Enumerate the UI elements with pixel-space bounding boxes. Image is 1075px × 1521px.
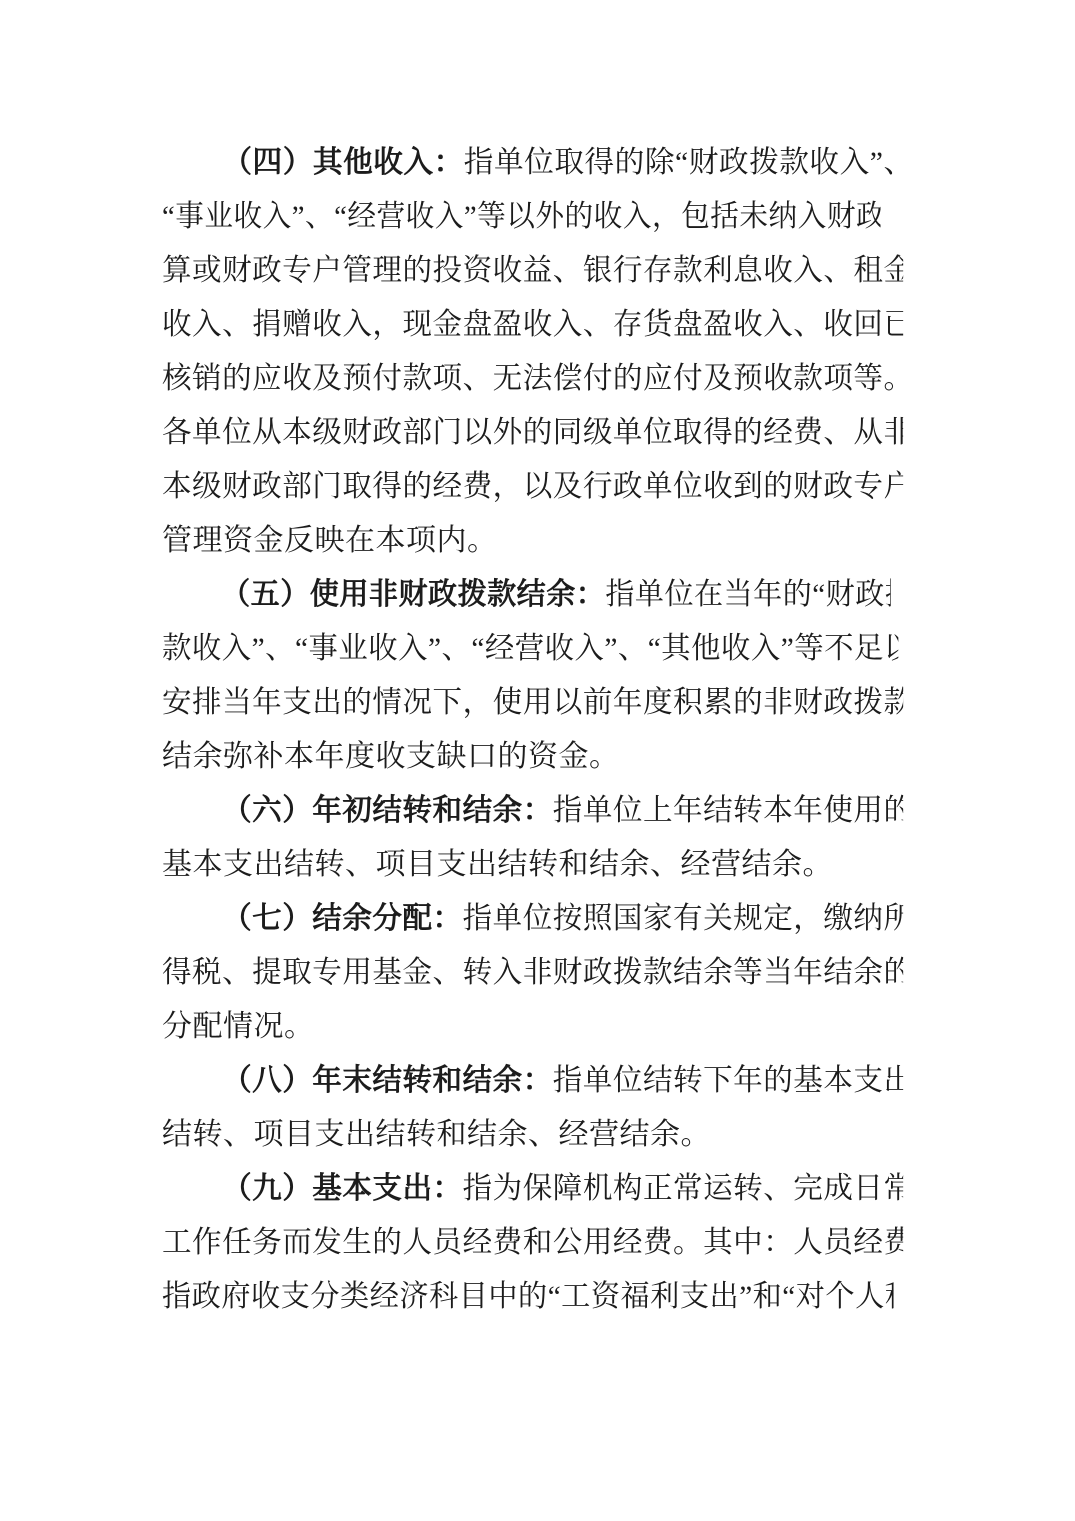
text-line: （五）使用非财政拨款结余：指单位在当年的“财政拨: [162, 568, 891, 622]
section-heading: （七）结余分配：: [222, 902, 462, 935]
text-line: 款收入”、“事业收入”、“经营收入”、“其他收入”等不足以: [162, 622, 898, 676]
text-line: 分配情况。: [162, 1000, 914, 1054]
section-body-start: 指单位上年结转本年使用的: [553, 794, 903, 827]
text-line: 安排当年支出的情况下，使用以前年度积累的非财政拨款: [162, 676, 903, 730]
section-body-start: 指单位取得的除“财政拨款收入”、: [464, 146, 906, 179]
section-heading: （六）年初结转和结余：: [222, 794, 553, 827]
section-heading: （八）年末结转和结余：: [222, 1064, 553, 1097]
text-line: 算或财政专户管理的投资收益、银行存款利息收入、租金: [162, 244, 903, 298]
section-body-start: 指单位按照国家有关规定，缴纳所: [463, 902, 904, 935]
text-line: （七）结余分配：指单位按照国家有关规定，缴纳所: [162, 892, 903, 946]
section-body-start: 指单位在当年的“财政拨: [605, 578, 890, 611]
text-line: 核销的应收及预付款项、无法偿付的应付及预收款项等。: [162, 352, 903, 406]
text-block: （四）其他收入：指单位取得的除“财政拨款收入”、“事业收入”、“经营收入”等以外…: [162, 136, 914, 1324]
section-heading: （九）基本支出：: [222, 1172, 462, 1205]
text-line: 本级财政部门取得的经费，以及行政单位收到的财政专户: [162, 460, 903, 514]
paragraph-3: （六）年初结转和结余：指单位上年结转本年使用的基本支出结转、项目支出结转和结余、…: [162, 784, 914, 892]
text-line: （六）年初结转和结余：指单位上年结转本年使用的: [162, 784, 903, 838]
text-line: 结余弥补本年度收支缺口的资金。: [162, 730, 914, 784]
text-line: 得税、提取专用基金、转入非财政拨款结余等当年结余的: [162, 946, 903, 1000]
text-line: 收入、捐赠收入，现金盘盈收入、存货盘盈收入、收回已: [162, 298, 903, 352]
text-line: 工作任务而发生的人员经费和公用经费。其中：人员经费: [162, 1216, 903, 1270]
text-line: （八）年末结转和结余：指单位结转下年的基本支出: [162, 1054, 903, 1108]
section-body-start: 指单位结转下年的基本支出: [553, 1064, 903, 1097]
paragraph-2: （五）使用非财政拨款结余：指单位在当年的“财政拨款收入”、“事业收入”、“经营收…: [162, 568, 914, 784]
text-line: “事业收入”、“经营收入”等以外的收入，包括未纳入财政预: [162, 190, 881, 244]
text-line: 指政府收支分类经济科目中的“工资福利支出”和“对个人和: [162, 1270, 894, 1324]
section-heading: （五）使用非财政拨款结余：: [221, 578, 605, 611]
paragraph-1: （四）其他收入：指单位取得的除“财政拨款收入”、“事业收入”、“经营收入”等以外…: [162, 136, 914, 568]
text-line: 管理资金反映在本项内。: [162, 514, 914, 568]
section-heading: （四）其他收入：: [222, 146, 463, 179]
paragraph-4: （七）结余分配：指单位按照国家有关规定，缴纳所得税、提取专用基金、转入非财政拨款…: [162, 892, 914, 1054]
paragraph-5: （八）年末结转和结余：指单位结转下年的基本支出结转、项目支出结转和结余、经营结余…: [162, 1054, 914, 1162]
document-page: （四）其他收入：指单位取得的除“财政拨款收入”、“事业收入”、“经营收入”等以外…: [0, 0, 1075, 1521]
paragraph-6: （九）基本支出：指为保障机构正常运转、完成日常工作任务而发生的人员经费和公用经费…: [162, 1162, 914, 1324]
text-line: 各单位从本级财政部门以外的同级单位取得的经费、从非: [162, 406, 903, 460]
section-body-start: 指为保障机构正常运转、完成日常: [463, 1172, 904, 1205]
text-line: （四）其他收入：指单位取得的除“财政拨款收入”、: [162, 136, 906, 190]
text-line: （九）基本支出：指为保障机构正常运转、完成日常: [162, 1162, 903, 1216]
text-line: 基本支出结转、项目支出结转和结余、经营结余。: [162, 838, 914, 892]
text-line: 结转、项目支出结转和结余、经营结余。: [162, 1108, 914, 1162]
